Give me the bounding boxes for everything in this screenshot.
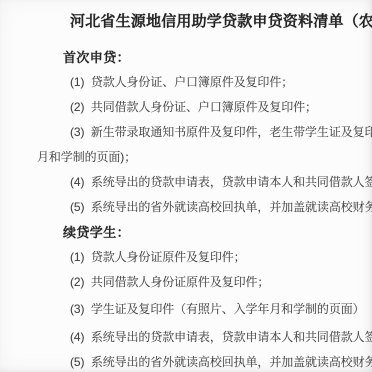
list-item: (5) 系统导出的省外就读高校回执单，并加盖就读高校财务 [70,350,372,372]
section-heading-renewal-students: 续贷学生： [63,220,372,245]
document-photo: 河北省生源地信用助学贷款申贷资料清单（农 首次申贷： (1) 贷款人身份证、户口… [0,0,372,372]
list-item: (3) 新生带录取通知书原件及复印件，老生带学生证及复印 [70,120,372,145]
list-item: (1) 贷款人身份证原件及复印件； [70,245,372,270]
list-item: (4) 系统导出的贷款申请表，贷款申请本人和共同借款人签 [70,170,372,195]
section-heading-first-application: 首次申贷： [63,45,372,70]
document-title: 河北省生源地信用助学贷款申贷资料清单（农 [70,10,372,34]
list-item: (1) 贷款人身份证、户口簿原件及复印件； [70,70,372,95]
list-item: (2) 共同借款人身份证、户口簿原件及复印件； [70,95,372,120]
list-item: (3) 学生证及复印件（有照片、入学年月和学制的页面） [70,297,372,322]
list-item-wrapped-line: 月和学制的页面)； [37,145,372,170]
list-item: (2) 共同借款人身份证原件及复印件； [70,270,372,295]
list-item: (4) 系统导出的贷款申请表，贷款申请本人和共同借款人签 [70,325,372,350]
list-item: (5) 系统导出的省外就读高校回执单，并加盖就读高校财务 [70,195,372,220]
